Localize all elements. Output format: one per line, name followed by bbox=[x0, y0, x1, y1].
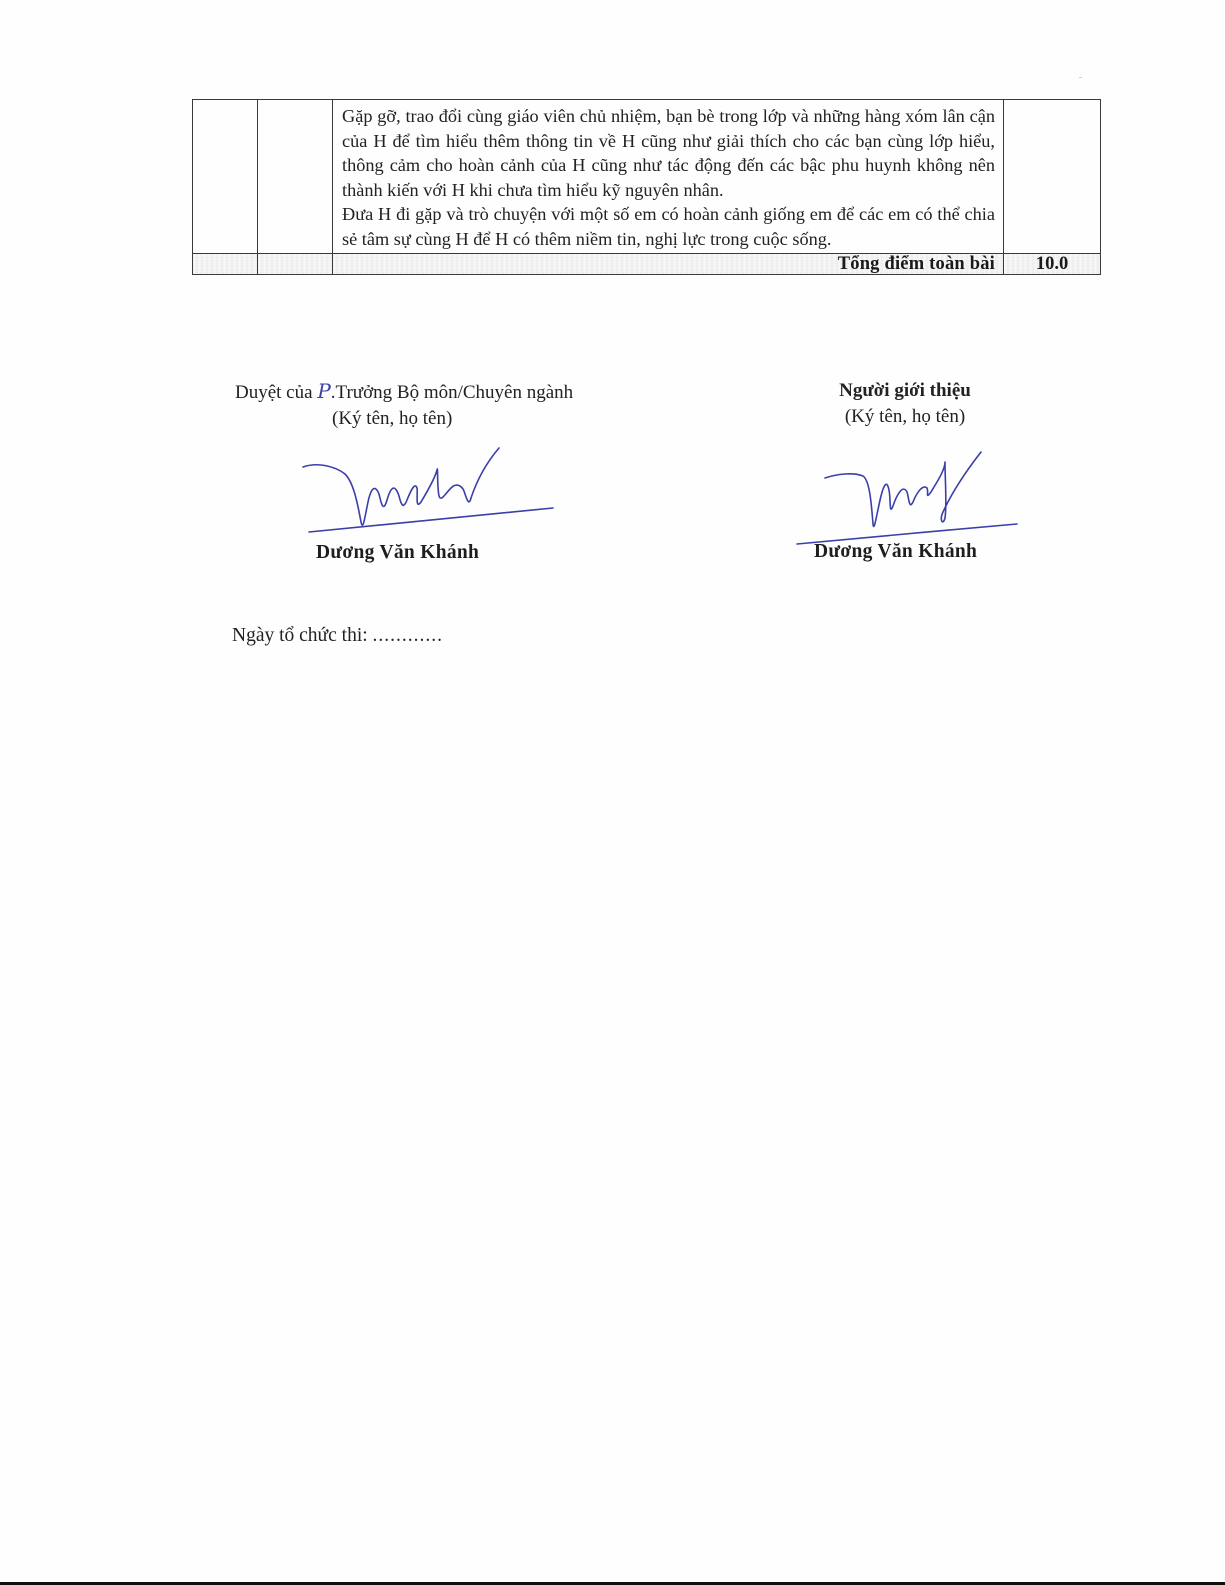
content-paragraph: Đưa H đi gặp và trò chuyện với một số em… bbox=[342, 202, 995, 251]
total-score-value: 10.0 bbox=[1004, 254, 1101, 275]
total-score-label: Tổng điểm toàn bài bbox=[333, 254, 1004, 275]
signer-name-left: Dương Văn Khánh bbox=[316, 541, 479, 565]
total-cell-empty bbox=[258, 254, 333, 275]
signature-right-icon bbox=[785, 440, 1035, 550]
approval-title: Duyệt của P.Trưởng Bộ môn/Chuyên ngành bbox=[225, 378, 655, 406]
content-paragraph: Gặp gỡ, trao đổi cùng giáo viên chủ nhiệ… bbox=[342, 104, 995, 202]
table-cell-score bbox=[1004, 100, 1101, 254]
scan-artifact bbox=[1079, 77, 1082, 78]
table-cell-item bbox=[258, 100, 333, 254]
exam-date-value: ............ bbox=[373, 625, 444, 646]
approval-block: Duyệt của P.Trưởng Bộ môn/Chuyên ngành (… bbox=[225, 378, 655, 432]
rubric-table: Gặp gỡ, trao đổi cùng giáo viên chủ nhiệ… bbox=[192, 99, 1101, 275]
exam-date-line: Ngày tổ chức thi: ............ bbox=[232, 623, 443, 649]
introducer-title: Người giới thiệu bbox=[790, 378, 1020, 404]
introducer-note: (Ký tên, họ tên) bbox=[790, 404, 1020, 430]
signer-name-right: Dương Văn Khánh bbox=[814, 540, 977, 564]
approval-title-suffix: .Trưởng Bộ môn/Chuyên ngành bbox=[331, 382, 573, 403]
approval-note: (Ký tên, họ tên) bbox=[225, 406, 655, 432]
introducer-block: Người giới thiệu (Ký tên, họ tên) bbox=[790, 378, 1020, 430]
signature-left-icon bbox=[295, 440, 560, 545]
table-cell-index bbox=[193, 100, 258, 254]
total-cell-empty bbox=[193, 254, 258, 275]
approval-title-prefix: Duyệt của bbox=[235, 382, 317, 403]
handwritten-mark: P bbox=[317, 379, 330, 403]
exam-date-label: Ngày tổ chức thi: bbox=[232, 625, 373, 646]
table-row: Gặp gỡ, trao đổi cùng giáo viên chủ nhiệ… bbox=[193, 100, 1101, 254]
table-cell-content: Gặp gỡ, trao đổi cùng giáo viên chủ nhiệ… bbox=[333, 100, 1004, 254]
total-row: Tổng điểm toàn bài 10.0 bbox=[193, 254, 1101, 275]
document-page: Gặp gỡ, trao đổi cùng giáo viên chủ nhiệ… bbox=[0, 0, 1225, 1585]
